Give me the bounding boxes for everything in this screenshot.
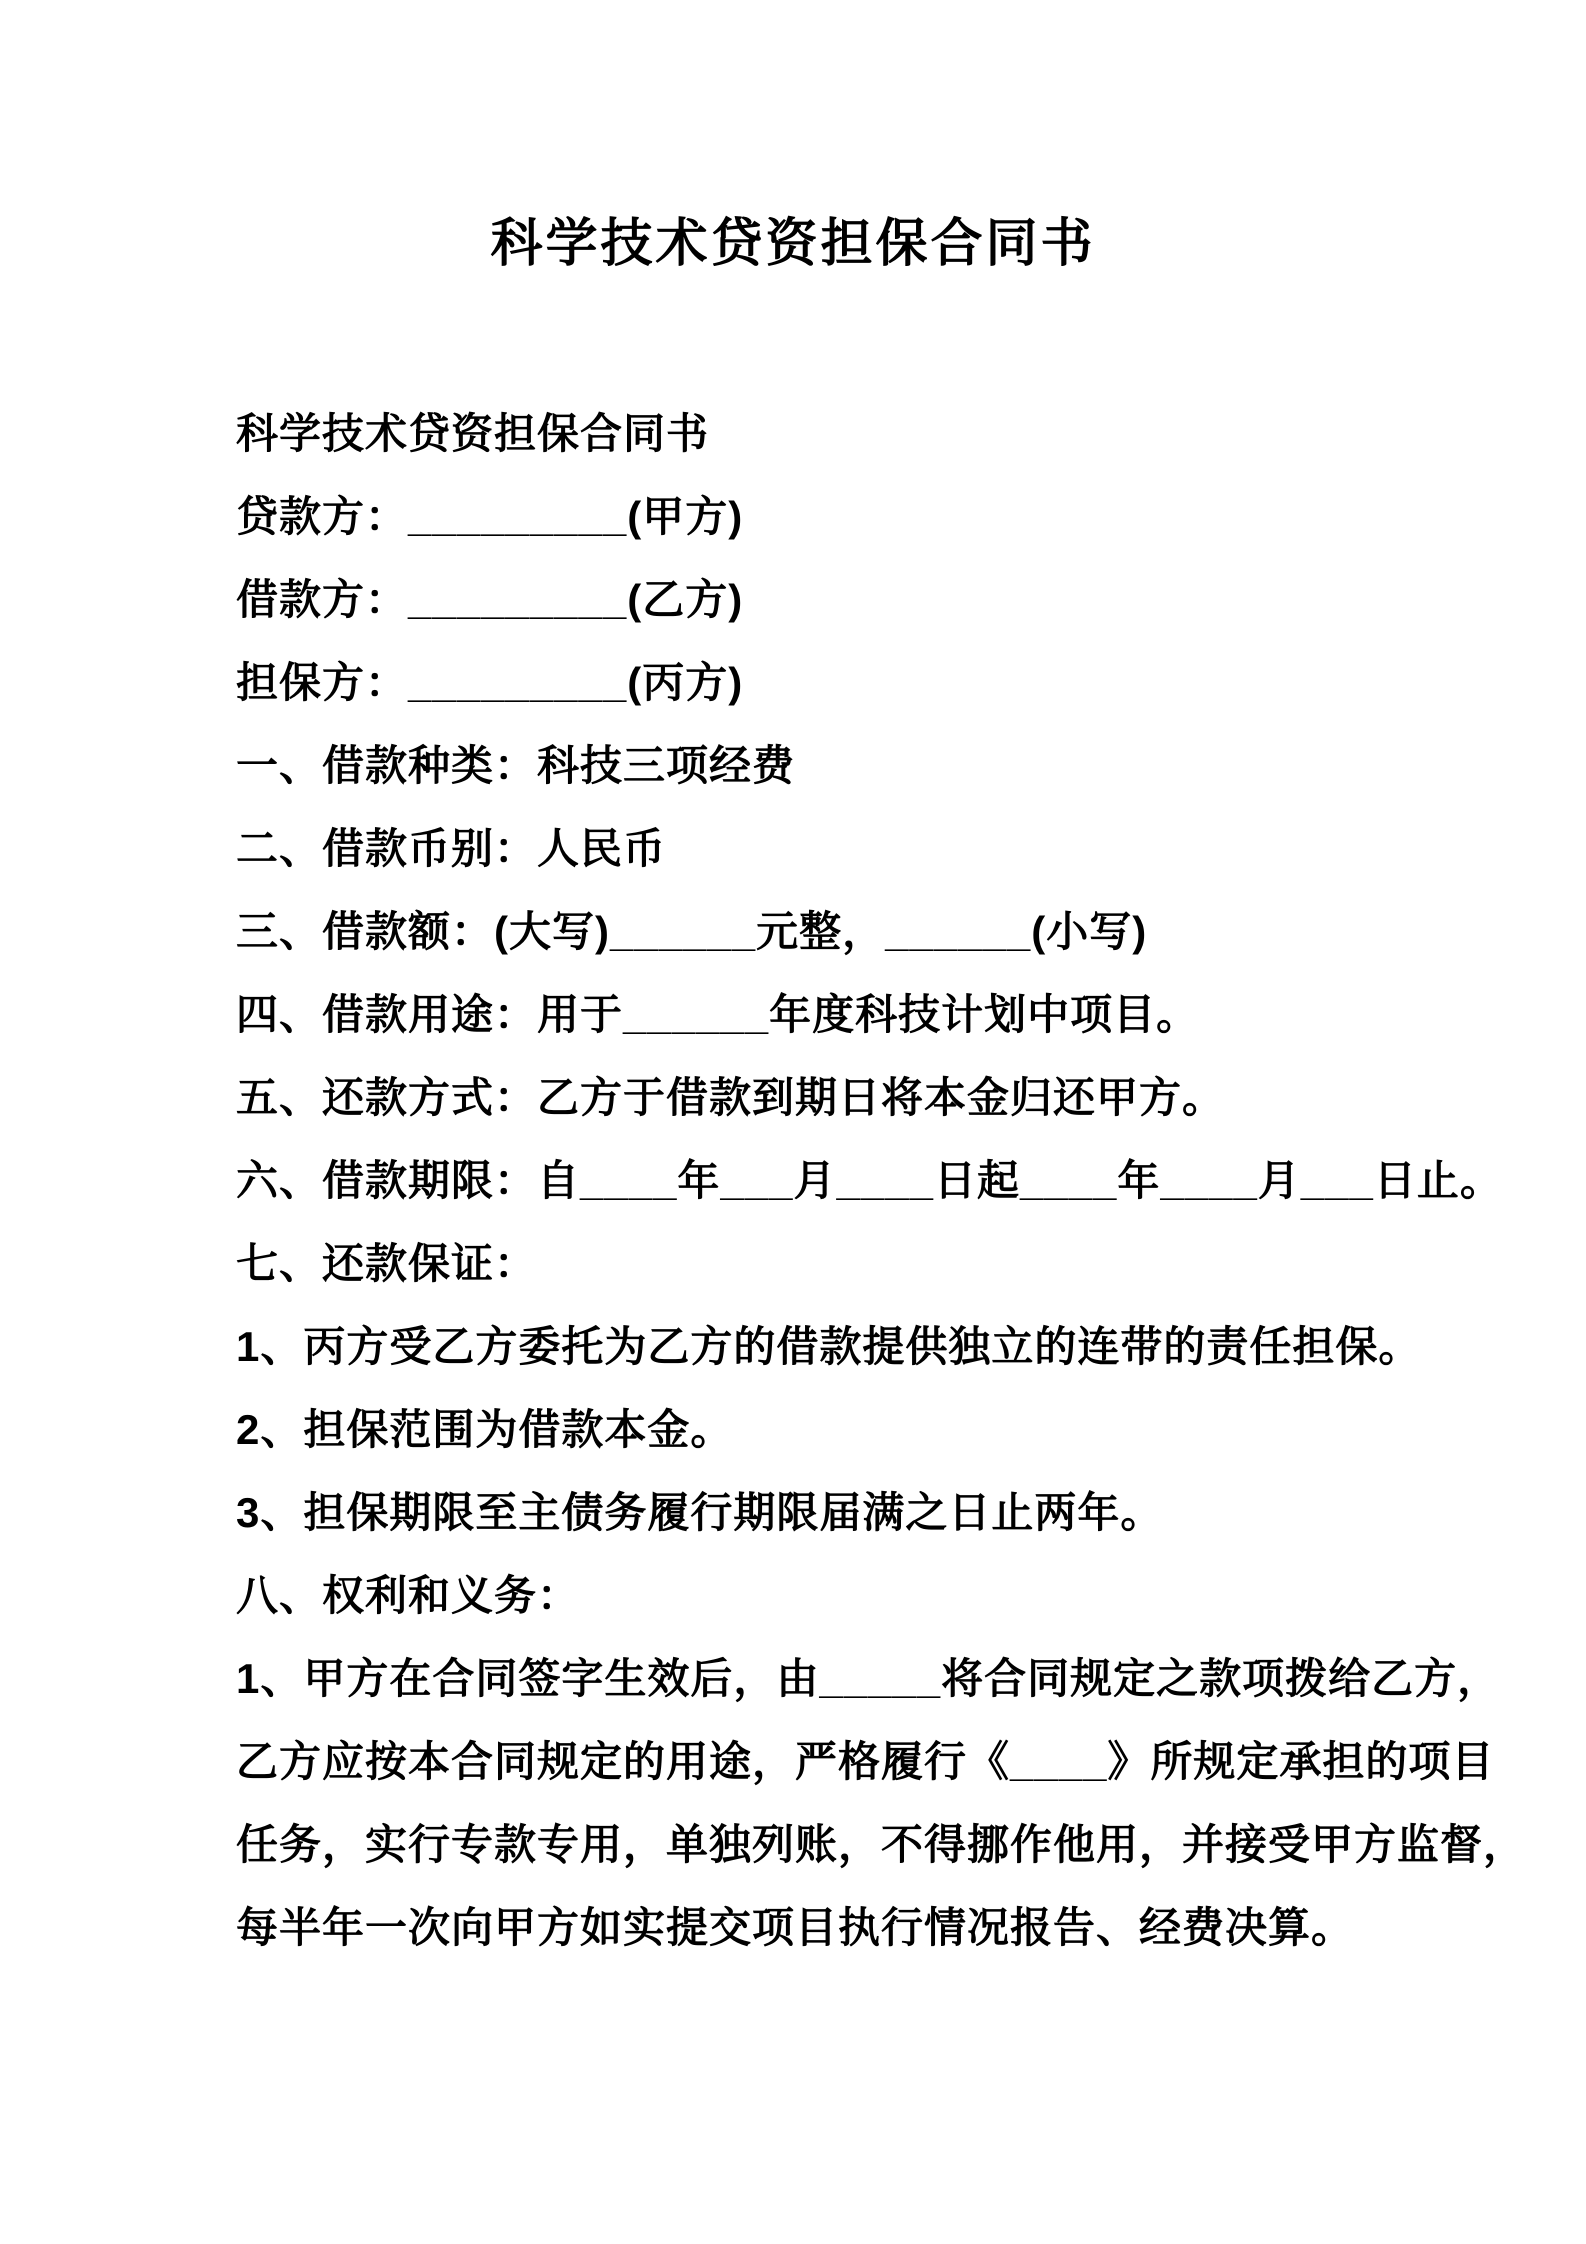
text-line: 借款方：_________(乙方) bbox=[236, 558, 1506, 641]
text-line: 六、借款期限：自____年___月____日起____年____月___日止。 bbox=[236, 1139, 1506, 1222]
text-line: 七、还款保证： bbox=[236, 1222, 1506, 1305]
text-line: 每半年一次向甲方如实提交项目执行情况报告、经费决算。 bbox=[236, 1886, 1506, 1969]
text-line: 五、还款方式：乙方于借款到期日将本金归还甲方。 bbox=[236, 1056, 1506, 1139]
document-title: 科学技术贷资担保合同书 bbox=[0, 212, 1586, 276]
text-line: 一、借款种类：科技三项经费 bbox=[236, 724, 1506, 807]
text-line: 四、借款用途：用于______年度科技计划中项目。 bbox=[236, 973, 1506, 1056]
text-line: 科学技术贷资担保合同书 bbox=[236, 392, 1506, 475]
text-line: 二、借款币别：人民币 bbox=[236, 807, 1506, 890]
contract-document-page: 科学技术贷资担保合同书 科学技术贷资担保合同书贷款方：_________(甲方)… bbox=[0, 0, 1586, 2244]
text-line: 贷款方：_________(甲方) bbox=[236, 475, 1506, 558]
text-line: 3、担保期限至主债务履行期限届满之日止两年。 bbox=[236, 1471, 1506, 1554]
text-line: 2、担保范围为借款本金。 bbox=[236, 1388, 1506, 1471]
text-line: 1、丙方受乙方委托为乙方的借款提供独立的连带的责任担保。 bbox=[236, 1305, 1506, 1388]
text-line: 三、借款额：(大写)______元整，______(小写) bbox=[236, 890, 1506, 973]
text-line: 担保方：_________(丙方) bbox=[236, 641, 1506, 724]
text-line: 任务，实行专款专用，单独列账，不得挪作他用，并接受甲方监督， bbox=[236, 1803, 1506, 1886]
text-line: 乙方应按本合同规定的用途，严格履行《____》所规定承担的项目 bbox=[236, 1720, 1506, 1803]
document-body: 科学技术贷资担保合同书贷款方：_________(甲方)借款方：________… bbox=[236, 392, 1506, 1969]
text-line: 1、甲方在合同签字生效后，由_____将合同规定之款项拨给乙方， bbox=[236, 1637, 1506, 1720]
text-line: 八、权利和义务： bbox=[236, 1554, 1506, 1637]
